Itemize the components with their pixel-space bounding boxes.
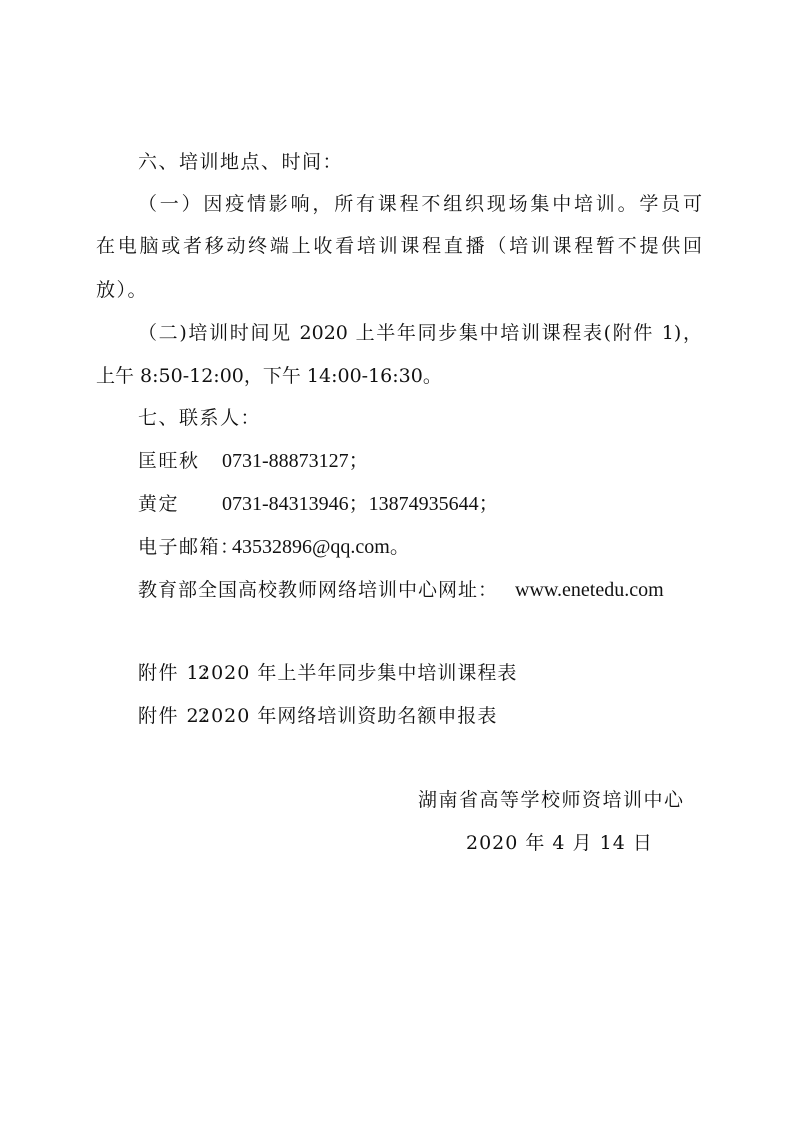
website-value: www.enetedu.com [515, 578, 664, 602]
signature-date: 2020 年 4 月 14 日 [466, 831, 653, 855]
contact-name-1: 匡旺秋 [138, 449, 200, 473]
section6-item1-line1: （一）因疫情影响，所有课程不组织现场集中培训。学员可 [138, 192, 702, 216]
section6-item2-line1: （二)培训时间见 2020 上半年同步集中培训课程表(附件 1)， [138, 321, 702, 345]
email-value: 43532896@qq.com。 [232, 535, 410, 559]
contact-phone-1: 0731-88873127； [222, 449, 369, 473]
section6-item2-line2: 上午 8:50-12:00，下午 14:00-16:30。 [96, 364, 442, 388]
section6-item1-line2: 在电脑或者移动终端上收看培训课程直播（培训课程暂不提供回 [96, 234, 702, 258]
signature-org: 湖南省高等学校师资培训中心 [418, 788, 685, 812]
attachment-2-title: 2020 年网络培训资助名额申报表 [198, 704, 497, 728]
section6-item1-line3: 放）。 [96, 278, 148, 302]
website-label: 教育部全国高校教师网络培训中心网址： [138, 578, 498, 602]
contact-name-2: 黄定 [138, 492, 179, 516]
section7-heading: 七、联系人： [138, 406, 261, 430]
email-label: 电子邮箱： [138, 535, 241, 559]
section6-heading: 六、培训地点、时间： [138, 150, 343, 174]
attachment-1-title: 2020 年上半年同步集中培训课程表 [198, 661, 517, 685]
contact-phone-2: 0731-84313946；13874935644； [222, 492, 499, 516]
